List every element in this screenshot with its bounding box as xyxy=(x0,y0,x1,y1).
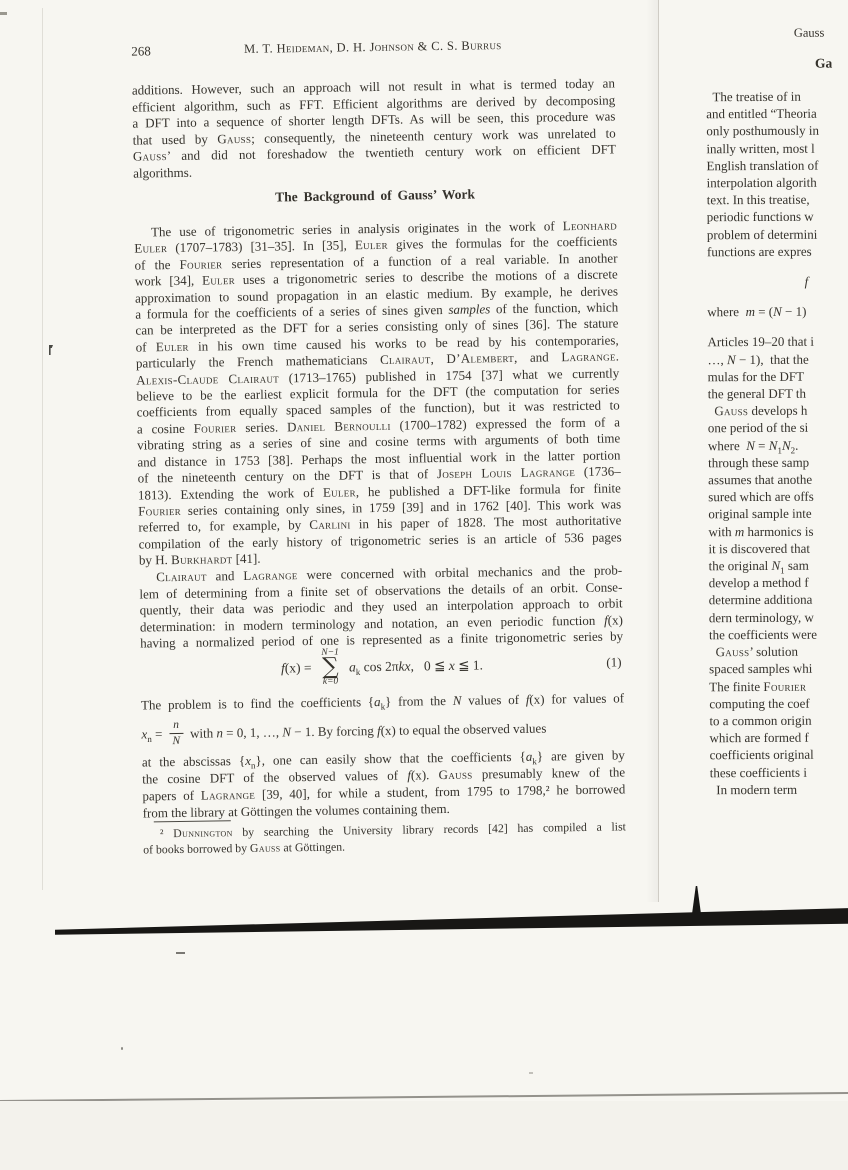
text-line: which are formed f xyxy=(709,729,848,747)
text-line: interpolation algorith xyxy=(707,173,848,191)
equation-lhs: f(x) = xyxy=(281,660,312,676)
section-heading-right: Ga xyxy=(815,56,832,72)
fraction-numerator: n xyxy=(169,719,183,734)
text-line: Gauss’ solution xyxy=(709,643,848,661)
sigma-glyph: ∑ xyxy=(322,658,339,678)
sum-lower-limit: k=0 xyxy=(323,677,339,687)
text-line: these coefficients i xyxy=(710,763,848,781)
text-line: through these samp xyxy=(708,453,848,471)
text-line: develop a method f xyxy=(709,574,848,592)
text-line: Gauss develops h xyxy=(708,402,848,420)
running-head-right: Gauss xyxy=(794,26,825,41)
scan-speck xyxy=(529,1072,533,1074)
scan-speck xyxy=(0,12,7,15)
gutter-shade xyxy=(646,0,658,902)
running-head: M. T. Heideman, D. H. Johnson & C. S. Bu… xyxy=(131,36,614,58)
text-line: to a common origin xyxy=(709,711,848,729)
text-line: assumes that anothe xyxy=(708,471,848,489)
text-line: The finite Fourier xyxy=(709,677,848,695)
text-line: sured which are offs xyxy=(708,488,848,506)
fraction: n N xyxy=(169,719,183,749)
right-page: Gauss Ga The treatise of inand entitled … xyxy=(660,0,848,900)
equation-term: ak cos 2πkx, xyxy=(349,658,414,675)
text-line: with m harmonics is xyxy=(708,522,848,540)
text-line: computing the coef xyxy=(709,694,848,712)
scanned-book-photo: 268 M. T. Heideman, D. H. Johnson & C. S… xyxy=(0,0,848,1170)
scan-speck xyxy=(49,345,53,355)
text-line: only posthumously in xyxy=(706,122,848,140)
footnote: ² Dunnington by searching the University… xyxy=(143,819,626,858)
summation-symbol: N−1 ∑ k=0 xyxy=(321,648,339,687)
text-line: …, N − 1), that the xyxy=(707,350,848,368)
text-line: one period of the si xyxy=(708,419,848,437)
book-edge-shadow-band xyxy=(55,898,848,944)
text-line: text. In this treatise, xyxy=(707,191,848,209)
text-line: where m = (N − 1) xyxy=(707,303,848,321)
text-line: spaced samples whi xyxy=(709,660,848,678)
text-line: coefficients original xyxy=(710,746,848,764)
below-crease-area xyxy=(0,1101,848,1170)
text-line: inally written, most l xyxy=(706,139,848,157)
text-line xyxy=(707,320,848,334)
text-line: Articles 19–20 that i xyxy=(707,333,848,351)
text-line: The treatise of in xyxy=(706,87,848,105)
text-line: f xyxy=(707,272,848,290)
text-line: dern terminology, w xyxy=(709,608,848,626)
text-line: it is discovered that xyxy=(708,539,848,557)
fraction-line: xn = n N with n = 0, 1, …, N − 1. By for… xyxy=(141,708,624,752)
fraction-post: with n = 0, 1, …, N − 1. By forcing f(x)… xyxy=(190,720,546,741)
text-line: English translation of xyxy=(706,156,848,174)
gutter-line xyxy=(658,0,659,902)
text-line: periodic functions w xyxy=(707,208,848,226)
equation-condition: 0 ≦ x ≦ 1. xyxy=(424,657,483,674)
text-line: functions are expres xyxy=(707,242,848,260)
left-page: 268 M. T. Heideman, D. H. Johnson & C. S… xyxy=(131,0,627,904)
fraction-denominator: N xyxy=(172,734,180,748)
scan-speck xyxy=(176,952,185,954)
equation-1: f(x) = N−1 ∑ k=0 ak cos 2πkx, 0 ≦ x ≦ 1.… xyxy=(140,639,624,694)
text-line: determine additiona xyxy=(709,591,848,609)
text-line: mulas for the DFT xyxy=(708,367,848,385)
section-heading: The Background of Gauss’ Work xyxy=(133,184,616,207)
text-line: the coefficients were xyxy=(709,625,848,643)
text-line: the original N1 sam xyxy=(709,557,848,575)
scan-speck xyxy=(121,1047,123,1050)
footnote-rule xyxy=(154,820,231,822)
text-line: and entitled “Theoria xyxy=(706,105,848,123)
right-page-text-column: The treatise of inand entitled “Theoriao… xyxy=(706,87,848,798)
text-line: the general DFT th xyxy=(708,385,848,403)
page-edge-line xyxy=(42,8,43,890)
text-line xyxy=(707,290,848,304)
text-line: where N = N1N2. xyxy=(708,436,848,454)
paragraph-problem-rest: at the abscissas {xn}, one can easily sh… xyxy=(142,746,626,822)
text-line: original sample inte xyxy=(708,505,848,523)
fraction-pre: xn = xyxy=(141,726,162,742)
equation-number: (1) xyxy=(606,654,621,670)
paragraph-intro: additions. However, such an approach wil… xyxy=(132,75,616,182)
text-line: In modern term xyxy=(710,780,848,798)
text-line xyxy=(707,259,848,273)
text-line: problem of determini xyxy=(707,225,848,243)
paragraph-background: The use of trigonometric series in analy… xyxy=(134,217,622,569)
paragraph-orbital-mechanics: Clairaut and Lagrange were concerned wit… xyxy=(139,562,623,652)
